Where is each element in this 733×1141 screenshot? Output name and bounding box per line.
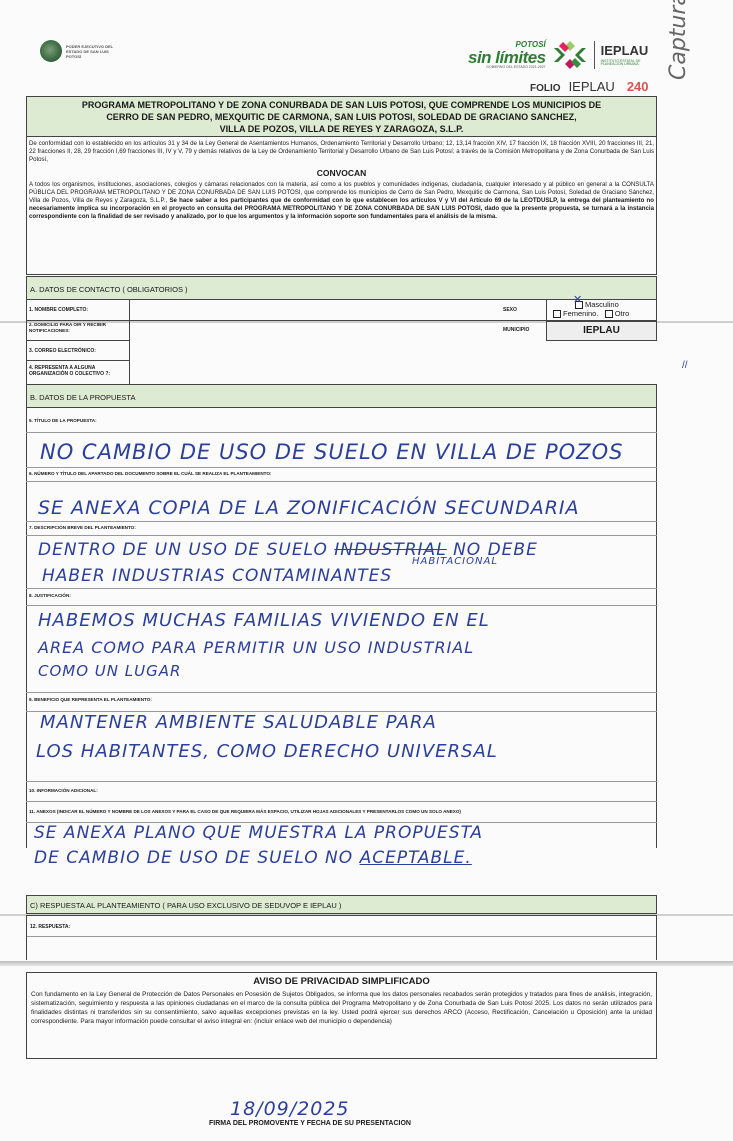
sexo-option-masculino[interactable]: Masculino — [553, 300, 657, 309]
ink-tick-mark: // — [682, 360, 688, 371]
title-line: VILLA DE POZOS, VILLA DE REYES Y ZARAGOZ… — [27, 123, 656, 135]
field-label: 3. CORREO ELECTRÓNICO: — [29, 348, 127, 354]
logo-divider — [594, 41, 595, 69]
privacy-text: Con fundamento en la Ley General de Prot… — [31, 990, 652, 1026]
field-label: 4. REPRESENTA A ALGUNA ORGANIZACIÓN O CO… — [29, 365, 127, 377]
program-title: PROGRAMA METROPOLITANO Y DE ZONA CONURBA… — [26, 96, 657, 137]
field-5-value[interactable]: NO CAMBIO DE USO DE SUELO EN VILLA DE PO… — [40, 440, 623, 464]
field-12-label: 12. RESPUESTA: — [27, 916, 656, 930]
state-government-logo: PODER EJECUTIVO DEL ESTADO DE SAN LUIS P… — [40, 40, 116, 62]
divider — [26, 467, 657, 468]
signature-date[interactable]: 18/09/2025 — [230, 1098, 350, 1120]
section-a-header: A. DATOS DE CONTACTO ( OBLIGATORIOS ) — [26, 276, 657, 300]
correo-input[interactable] — [130, 341, 480, 361]
state-government-logo-text: PODER EJECUTIVO DEL ESTADO DE SAN LUIS P… — [66, 44, 116, 59]
field-label: 1. NOMBRE COMPLETO: — [27, 300, 130, 320]
nombre-input[interactable] — [131, 300, 501, 320]
title-line: PROGRAMA METROPOLITANO Y DE ZONA CONURBA… — [27, 99, 656, 111]
signature-caption: FIRMA DEL PROMOVENTE Y FECHA DE SU PRESE… — [209, 1120, 411, 1127]
convocan-heading: CONVOCAN — [29, 169, 654, 177]
field-9-line-2[interactable]: LOS HABITANTES, COMO DERECHO UNIVERSAL — [36, 741, 498, 762]
field-11-label: 11. ANEXOS (INDICAR EL NÚMERO Y NOMBRE D… — [26, 809, 657, 814]
field-7-text: DENTRO DE UN USO DE SUELO — [38, 540, 328, 560]
field-12: 12. RESPUESTA: — [26, 915, 657, 960]
field-6-label: 6. NÚMERO Y TÍTULO DEL APARTADO DEL DOCU… — [26, 471, 657, 476]
divider — [26, 692, 657, 693]
municipio-label: MUNICIPIO — [503, 327, 529, 333]
field-7-line-2[interactable]: HABER INDUSTRIAS CONTAMINANTES — [42, 566, 392, 586]
intro-text: De conformidad con lo establecido en los… — [26, 136, 657, 275]
privacy-title: AVISO DE PRIVACIDAD SIMPLIFICADO — [31, 977, 652, 986]
field-7-inserted-word: HABITACIONAL — [412, 556, 498, 567]
field-8-line-3[interactable]: COMO UN LUGAR — [38, 662, 181, 680]
title-line: CERRO DE SAN PEDRO, MEXQUITIC DE CARMONA… — [27, 111, 656, 123]
checkbox-otro[interactable] — [605, 310, 613, 318]
potosi-logo-main: sin límites — [468, 49, 546, 66]
field-8-line-2[interactable]: AREA COMO PARA PERMITIR UN USO INDUSTRIA… — [38, 638, 474, 657]
divider — [26, 481, 657, 482]
field-6-value[interactable]: SE ANEXA COPIA DE LA ZONIFICACIÓN SECUND… — [38, 497, 580, 519]
organizacion-input[interactable] — [130, 361, 480, 383]
folio-label: FOLIO — [530, 83, 561, 94]
intro-paragraph-2: A todos los organismos, instituciones, a… — [29, 181, 654, 221]
scan-fold-line — [0, 961, 733, 966]
divider — [26, 535, 657, 536]
ieplau-logo-sub: INSTITUTO ESTATAL DE PLANEACIÓN URBANA — [601, 60, 641, 67]
folio: FOLIO IEPLAU 240 — [530, 79, 649, 94]
divider — [26, 781, 657, 782]
folio-org: IEPLAU — [569, 79, 615, 94]
sexo-option-femenino[interactable]: Femenino. — [553, 309, 598, 318]
field-label: 2. DOMICILIO PARA OIR Y RECIBIR NOTIFICA… — [29, 322, 127, 333]
field-domicilio: 2. DOMICILIO PARA OIR Y RECIBIR NOTIFICA… — [26, 321, 130, 341]
divider — [26, 521, 657, 522]
checkbox-femenino[interactable] — [553, 310, 561, 318]
field-8-label: 8. JUSTIFICACIÓN: — [26, 593, 657, 598]
potosi-arrows-icon — [552, 40, 588, 70]
divider — [26, 605, 657, 606]
sexo-options: Masculino Femenino. Otro — [546, 300, 657, 320]
respuesta-input[interactable] — [27, 937, 656, 957]
ieplau-logo: IEPLAU — [601, 44, 649, 57]
field-11-line-1[interactable]: SE ANEXA PLANO QUE MUESTRA LA PROPUESTA — [34, 823, 483, 843]
field-10-label: 10. INFORMACIÓN ADICIONAL: — [26, 788, 657, 793]
option-label: Masculino — [585, 300, 619, 309]
field-11-underlined-word: ACEPTABLE. — [360, 848, 472, 868]
field-9-line-1[interactable]: MANTENER AMBIENTE SALUDABLE PARA — [40, 712, 437, 733]
potosi-ieplau-logo: POTOSÍ sin límites GOBIERNO DEL ESTADO 2… — [468, 40, 648, 70]
intro-paragraph: De conformidad con lo establecido en los… — [29, 140, 654, 164]
divider — [26, 801, 657, 802]
field-7-label: 7. DESCRIPCIÓN BREVE DEL PLANTEAMIENTO: — [26, 525, 657, 530]
sexo-option-otro[interactable]: Otro — [605, 309, 630, 318]
field-5-label: 5. TÍTULO DE LA PROPUESTA: — [26, 418, 657, 423]
section-c-header: C) RESPUESTA AL PLANTEAMIENTO ( PARA USO… — [26, 895, 657, 914]
field-organizacion: 4. REPRESENTA A ALGUNA ORGANIZACIÓN O CO… — [26, 361, 130, 384]
field-11-line-2[interactable]: DE CAMBIO DE USO DE SUELO NO ACEPTABLE. — [34, 848, 472, 868]
folio-number: 240 — [627, 79, 649, 94]
privacy-notice: AVISO DE PRIVACIDAD SIMPLIFICADO Con fun… — [26, 972, 657, 1059]
option-label: Otro — [615, 309, 630, 318]
field-11-text: DE CAMBIO DE USO DE SUELO NO — [34, 848, 353, 868]
option-label: Femenino. — [563, 309, 598, 318]
municipio-value[interactable]: IEPLAU — [546, 321, 657, 341]
divider — [26, 588, 657, 589]
margin-note-capturado: Capturado. — [666, 0, 691, 80]
field-9-label: 9. BENEFICIO QUE REPRESENTA EL PLANTEAMI… — [26, 697, 657, 702]
divider — [26, 432, 657, 433]
sexo-label: SEXO — [503, 307, 517, 313]
state-seal-icon — [40, 40, 62, 62]
field-correo: 3. CORREO ELECTRÓNICO: — [26, 341, 130, 361]
section-b-header: B. DATOS DE LA PROPUESTA — [26, 384, 657, 408]
checkbox-masculino[interactable] — [575, 301, 583, 309]
field-8-line-1[interactable]: HABEMOS MUCHAS FAMILIAS VIVIENDO EN EL — [38, 610, 490, 631]
